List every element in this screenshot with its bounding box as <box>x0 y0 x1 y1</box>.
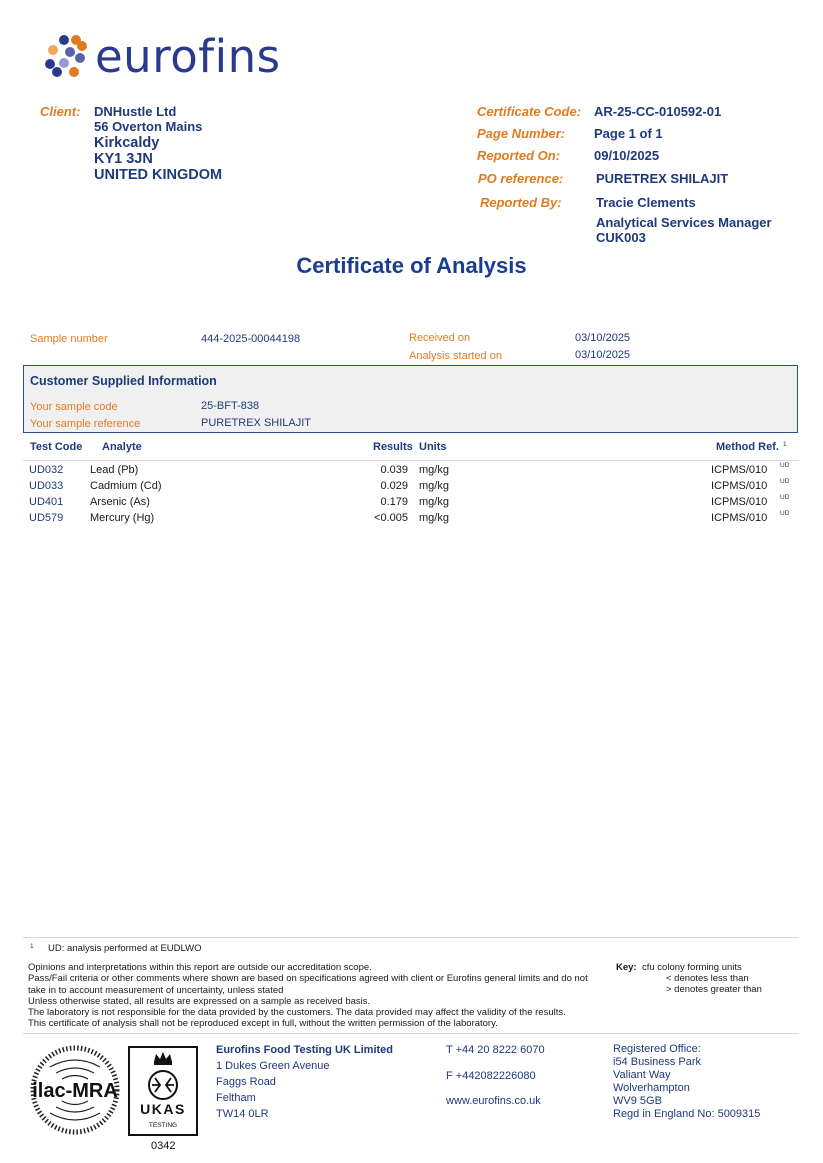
sample-reference-label: Your sample reference <box>30 418 140 430</box>
eurofins-logo <box>44 34 94 80</box>
ilac-mra-logo: ilac-MRA <box>30 1045 120 1135</box>
lab-code: UD <box>780 510 789 517</box>
certificate-code-label: Certificate Code: <box>477 104 581 119</box>
registered-office-line: Registered Office: <box>613 1043 760 1056</box>
registered-office-line: WV9 5GB <box>613 1095 760 1108</box>
analyte: Lead (Pb) <box>90 464 138 476</box>
svg-text:ilac-MRA: ilac-MRA <box>32 1080 118 1102</box>
customer-info-heading: Customer Supplied Information <box>30 374 217 388</box>
test-code: UD579 <box>29 512 63 524</box>
registered-office-line: i54 Business Park <box>613 1056 760 1069</box>
result-value: 0.179 <box>340 496 408 508</box>
eurofins-molecule-icon <box>44 34 94 80</box>
units: mg/kg <box>419 464 449 476</box>
lab-code: UD <box>780 494 789 501</box>
svg-text:UKAS: UKAS <box>140 1101 186 1117</box>
page-title: Certificate of Analysis <box>0 253 823 279</box>
company-address-line: 1 Dukes Green Avenue <box>216 1058 330 1074</box>
col-results: Results <box>373 441 413 453</box>
sample-number-label: Sample number <box>30 333 108 345</box>
key-line: < denotes less than <box>666 973 749 984</box>
client-address-line: 56 Overton Mains <box>94 119 202 135</box>
po-reference-label: PO reference: <box>478 171 563 186</box>
registered-office: Registered Office: i54 Business Park Val… <box>613 1043 760 1121</box>
page-number: Page 1 of 1 <box>594 126 663 141</box>
sample-code: 25-BFT-838 <box>201 400 259 412</box>
test-code: UD033 <box>29 480 63 492</box>
units: mg/kg <box>419 496 449 508</box>
registered-office-line: Wolverhampton <box>613 1082 760 1095</box>
key-line: > denotes greater than <box>666 984 762 995</box>
method-ref: ICPMS/010 <box>711 464 767 476</box>
col-analyte: Analyte <box>102 441 142 453</box>
ukas-logo: UKAS TESTING <box>128 1046 198 1136</box>
key-label: Key: <box>616 962 637 973</box>
analyte: Mercury (Hg) <box>90 512 154 524</box>
registered-office-line: Valiant Way <box>613 1069 760 1082</box>
result-value: 0.029 <box>340 480 408 492</box>
company-phone: T +44 20 8222 6070 <box>446 1042 545 1058</box>
units: mg/kg <box>419 480 449 492</box>
ilac-mra-icon: ilac-MRA <box>30 1045 120 1135</box>
company-fax: F +442082226080 <box>446 1068 536 1084</box>
analyte: Cadmium (Cd) <box>90 480 162 492</box>
result-value: <0.005 <box>340 512 408 524</box>
received-on-label: Received on <box>409 332 470 344</box>
analyte: Arsenic (As) <box>90 496 150 508</box>
disclaimers: Opinions and interpretations within this… <box>28 962 608 1030</box>
key-line: cfu colony forming units <box>642 962 742 973</box>
certificate-code: AR-25-CC-010592-01 <box>594 104 721 119</box>
reported-on: 09/10/2025 <box>594 148 659 163</box>
analysis-started: 03/10/2025 <box>575 349 630 361</box>
test-code: UD032 <box>29 464 63 476</box>
footer-divider <box>23 937 799 938</box>
page-number-label: Page Number: <box>477 126 565 141</box>
received-on: 03/10/2025 <box>575 332 630 344</box>
client-postcode: KY1 3JN <box>94 151 153 167</box>
method-ref-footnote-marker: 1 <box>783 441 787 448</box>
footnote-text: UD: analysis performed at EUDLWO <box>48 943 201 954</box>
method-ref: ICPMS/010 <box>711 496 767 508</box>
method-ref: ICPMS/010 <box>711 512 767 524</box>
lab-code: UD <box>780 462 789 469</box>
disclaimer-line: Opinions and interpretations within this… <box>28 962 608 973</box>
reported-by-title: Analytical Services Manager <box>596 215 772 230</box>
ukas-number: 0342 <box>151 1140 175 1152</box>
disclaimer-line: Pass/Fail criteria or other comments whe… <box>28 973 608 984</box>
ukas-crown-icon: UKAS TESTING <box>130 1048 196 1134</box>
reported-on-label: Reported On: <box>477 148 560 163</box>
footnote-marker: 1 <box>30 943 34 950</box>
units: mg/kg <box>419 512 449 524</box>
disclaimer-line: The laboratory is not responsible for th… <box>28 1007 608 1018</box>
analysis-started-label: Analysis started on <box>409 350 502 362</box>
col-test-code: Test Code <box>30 441 82 453</box>
reported-by-code: CUK003 <box>596 230 646 245</box>
company-name: Eurofins Food Testing UK Limited <box>216 1042 393 1058</box>
client-country: UNITED KINGDOM <box>94 167 222 183</box>
disclaimer-line: This certificate of analysis shall not b… <box>28 1018 608 1029</box>
po-reference: PURETREX SHILAJIT <box>596 171 728 186</box>
svg-text:TESTING: TESTING <box>149 1122 177 1129</box>
client-label: Client: <box>40 104 80 119</box>
col-method-ref: Method Ref. <box>716 441 779 453</box>
company-address-line: TW14 0LR <box>216 1106 269 1122</box>
brand-name: eurofins <box>95 30 281 83</box>
result-value: 0.039 <box>340 464 408 476</box>
disclaimer-line: take in to account measurement of uncert… <box>28 985 608 996</box>
sample-reference: PURETREX SHILAJIT <box>201 417 311 429</box>
sample-number: 444-2025-00044198 <box>201 333 300 345</box>
lab-code: UD <box>780 478 789 485</box>
reported-by-label: Reported By: <box>480 195 562 210</box>
bottom-divider <box>23 1033 799 1034</box>
reported-by-name: Tracie Clements <box>596 195 696 210</box>
test-code: UD401 <box>29 496 63 508</box>
col-units: Units <box>419 441 447 453</box>
disclaimer-line: Unless otherwise stated, all results are… <box>28 996 608 1007</box>
client-name: DNHustle Ltd <box>94 104 176 120</box>
client-city: Kirkcaldy <box>94 135 159 151</box>
sample-code-label: Your sample code <box>30 401 118 413</box>
company-website[interactable]: www.eurofins.co.uk <box>446 1093 541 1109</box>
company-address-line: Feltham <box>216 1090 256 1106</box>
registered-office-line: Regd in England No: 5009315 <box>613 1108 760 1121</box>
table-header-divider <box>23 460 799 461</box>
company-address-line: Faggs Road <box>216 1074 276 1090</box>
method-ref: ICPMS/010 <box>711 480 767 492</box>
